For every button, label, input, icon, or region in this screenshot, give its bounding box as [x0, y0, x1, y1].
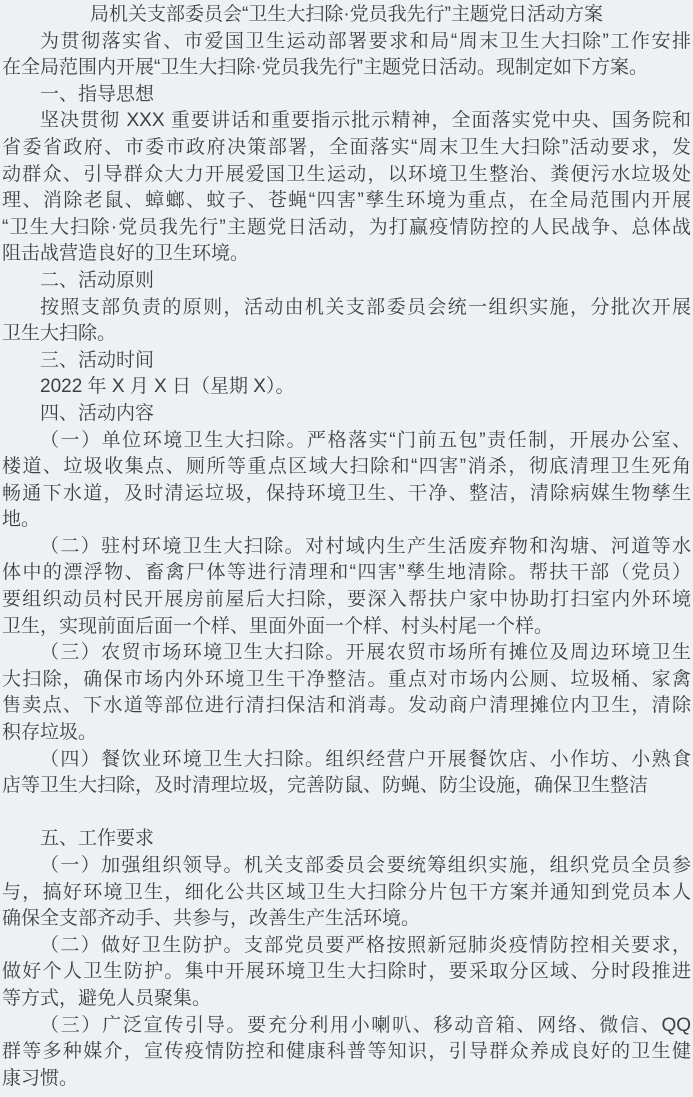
text-line: 五、工作要求 [2, 826, 691, 853]
text-line: 地。 [2, 507, 691, 534]
text-line: 省委省政府、市委市政府决策部署，全面落实“周末卫生大扫除”活动要求，发 [2, 135, 691, 162]
text-line: 确保全支部齐动手、共参与，改善生产生活环境。 [2, 906, 691, 933]
section-heading: 四、活动内容 [2, 401, 691, 428]
text-line: 在全局范围内开展“卫生大扫除·党员我先行”主题党日活动。现制定如下方案。 [2, 55, 691, 82]
paragraph: （三）广泛宣传引导。要充分利用小喇叭、移动音箱、网络、微信、QQ群等多种媒介，宣… [2, 1013, 691, 1093]
paragraph: 为贯彻落实省、市爱国卫生运动部署要求和局“周末卫生大扫除”工作安排在全局范围内开… [2, 29, 691, 82]
text-line: （一）单位环境卫生大扫除。严格落实“门前五包”责任制，开展办公室、 [2, 428, 691, 455]
paragraph: （二）做好卫生防护。支部党员要严格按照新冠肺炎疫情防控相关要求，做好个人卫生防护… [2, 933, 691, 1013]
text-line: 坚决贯彻 XXX 重要讲话和重要指示批示精神，全面落实党中央、国务院和 [2, 108, 691, 135]
text-line [2, 800, 691, 827]
section-heading: 五、工作要求 [2, 826, 691, 853]
text-line: 群等多种媒介，宣传疫情防控和健康科普等知识，引导群众养成良好的卫生健 [2, 1039, 691, 1066]
text-line: 一、指导思想 [2, 82, 691, 109]
document-page: 局机关支部委员会“卫生大扫除·党员我先行”主题党日活动方案 为贯彻落实省、市爱国… [0, 0, 693, 1097]
text-line: 为贯彻落实省、市爱国卫生运动部署要求和局“周末卫生大扫除”工作安排 [2, 29, 691, 56]
blank-line [2, 800, 691, 827]
text-line: 楼道、垃圾收集点、厕所等重点区域大扫除和“四害”消杀，彻底清理卫生死角 [2, 454, 691, 481]
text-line: 与，搞好环境卫生，细化公共区域卫生大扫除分片包干方案并通知到党员本人 [2, 880, 691, 907]
text-line: 做好个人卫生防护。集中开展环境卫生大扫除时，要采取分区域、分时段推进 [2, 959, 691, 986]
text-line: 要组织动员村民开展房前屋后大扫除，要深入帮扶户家中协助打扫室内外环境 [2, 587, 691, 614]
text-line: 店等卫生大扫除，及时清理垃圾，完善防鼠、防蝇、防尘设施，确保卫生整洁 [2, 773, 691, 800]
text-line: （一）加强组织领导。机关支部委员会要统筹组织实施，组织党员全员参 [2, 853, 691, 880]
text-line: 卫生大扫除。 [2, 321, 691, 348]
text-line: “卫生大扫除·党员我先行”主题党日活动，为打赢疫情防控的人民战争、总体战 [2, 215, 691, 242]
text-line: 四、活动内容 [2, 401, 691, 428]
paragraph: 2022 年 X 月 X 日（星期 X）。 [2, 374, 691, 401]
text-line: （三）农贸市场环境卫生大扫除。开展农贸市场所有摊位及周边环境卫生 [2, 640, 691, 667]
text-line: （二）驻村环境卫生大扫除。对村域内生产生活废弃物和沟塘、河道等水 [2, 534, 691, 561]
paragraph: （一）加强组织领导。机关支部委员会要统筹组织实施，组织党员全员参与，搞好环境卫生… [2, 853, 691, 933]
text-line: 售卖点、下水道等部位进行清扫保洁和消毒。发动商户清理摊位内卫生，清除 [2, 693, 691, 720]
text-line: 三、活动时间 [2, 348, 691, 375]
text-line: 等方式，避免人员聚集。 [2, 986, 691, 1013]
paragraph: （二）驻村环境卫生大扫除。对村域内生产生活废弃物和沟塘、河道等水体中的漂浮物、畜… [2, 534, 691, 640]
text-line: （二）做好卫生防护。支部党员要严格按照新冠肺炎疫情防控相关要求， [2, 933, 691, 960]
text-line: 理、消除老鼠、蟑螂、蚊子、苍蝇“四害”孳生环境为重点，在全局范围内开展 [2, 188, 691, 215]
document-title: 局机关支部委员会“卫生大扫除·党员我先行”主题党日活动方案 [2, 2, 691, 29]
paragraph: 按照支部负责的原则，活动由机关支部委员会统一组织实施，分批次开展卫生大扫除。 [2, 295, 691, 348]
text-line: 2022 年 X 月 X 日（星期 X）。 [2, 374, 691, 401]
text-line: 大扫除，确保市场内外环境卫生干净整洁。重点对市场内公厕、垃圾桶、家禽 [2, 667, 691, 694]
text-line: 按照支部负责的原则，活动由机关支部委员会统一组织实施，分批次开展 [2, 295, 691, 322]
section-heading: 二、活动原则 [2, 268, 691, 295]
paragraph: （三）农贸市场环境卫生大扫除。开展农贸市场所有摊位及周边环境卫生大扫除，确保市场… [2, 640, 691, 746]
text-line: 卫生，实现前面后面一个样、里面外面一个样、村头村尾一个样。 [2, 614, 691, 641]
text-line: 二、活动原则 [2, 268, 691, 295]
text-line: （三）广泛宣传引导。要充分利用小喇叭、移动音箱、网络、微信、QQ [2, 1013, 691, 1040]
text-line: 康习惯。 [2, 1066, 691, 1093]
text-line: 阻击战营造良好的卫生环境。 [2, 241, 691, 268]
section-heading: 三、活动时间 [2, 348, 691, 375]
text-line: 畅通下水道，及时清运垃圾，保持环境卫生、干净、整洁，清除病媒生物孳生 [2, 481, 691, 508]
paragraph: 坚决贯彻 XXX 重要讲话和重要指示批示精神，全面落实党中央、国务院和省委省政府… [2, 108, 691, 268]
document-body: 为贯彻落实省、市爱国卫生运动部署要求和局“周末卫生大扫除”工作安排在全局范围内开… [2, 29, 691, 1093]
text-line: 体中的漂浮物、畜禽尸体等进行清理和“四害”孳生地清除。帮扶干部（党员） [2, 560, 691, 587]
text-line: 积存垃圾。 [2, 720, 691, 747]
paragraph: （四）餐饮业环境卫生大扫除。组织经营户开展餐饮店、小作坊、小熟食店等卫生大扫除，… [2, 747, 691, 800]
text-line: 动群众、引导群众大力开展爱国卫生运动，以环境卫生整治、粪便污水垃圾处 [2, 162, 691, 189]
paragraph: （一）单位环境卫生大扫除。严格落实“门前五包”责任制，开展办公室、楼道、垃圾收集… [2, 428, 691, 534]
text-line: （四）餐饮业环境卫生大扫除。组织经营户开展餐饮店、小作坊、小熟食 [2, 747, 691, 774]
section-heading: 一、指导思想 [2, 82, 691, 109]
